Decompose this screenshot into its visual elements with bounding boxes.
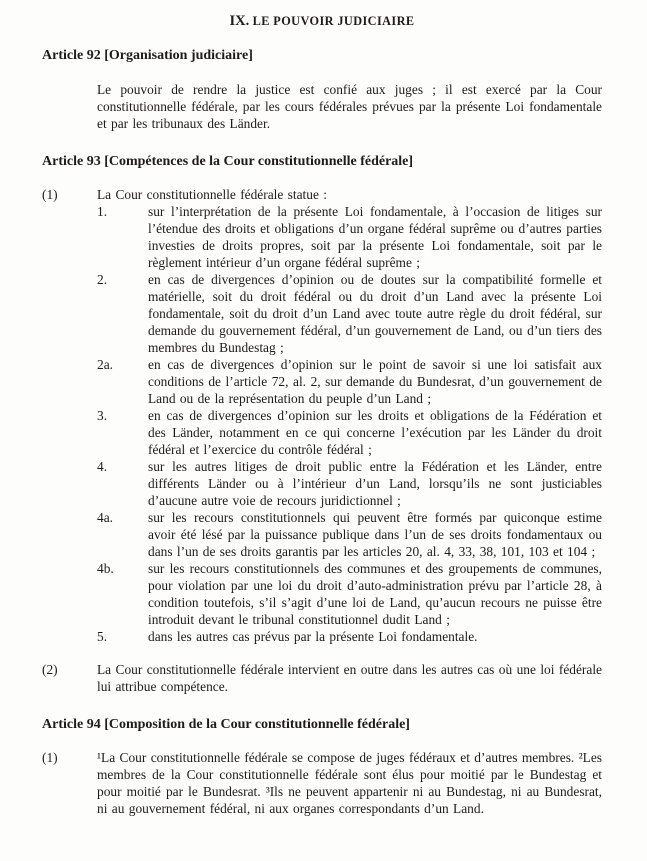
item-text: sur l’interprétation de la présente Loi …	[148, 203, 602, 271]
section-title: LE POUVOIR JUDICIAIRE	[253, 14, 415, 28]
item-text: en cas de divergences d’opinion ou de do…	[148, 271, 602, 356]
item-text: sur les recours constitutionnels qui peu…	[148, 509, 602, 560]
item-text: en cas de divergences d’opinion sur le p…	[148, 356, 602, 407]
article-94-clause-1: (1) ¹La Cour constitutionnelle fédérale …	[42, 749, 602, 817]
list-item-1: 1. sur l’interprétation de la présente L…	[97, 203, 602, 271]
item-number: 5.	[97, 628, 148, 645]
item-number: 1.	[97, 203, 148, 271]
item-number: 4a.	[97, 509, 148, 560]
item-number: 3.	[97, 407, 148, 458]
clause-body: La Cour constitutionnelle fédérale inter…	[97, 661, 602, 695]
clause-body: ¹La Cour constitutionnelle fédérale se c…	[97, 749, 602, 817]
clause-number: (1)	[42, 186, 97, 645]
item-number: 2.	[97, 271, 148, 356]
section-number: IX.	[230, 13, 250, 29]
list-item-2a: 2a. en cas de divergences d’opinion sur …	[97, 356, 602, 407]
item-text: sur les autres litiges de droit public e…	[148, 458, 602, 509]
article-94-heading: Article 94 [Composition de la Cour const…	[42, 716, 602, 733]
clause-text: La Cour constitutionnelle fédérale statu…	[97, 186, 602, 203]
list-item-4a: 4a. sur les recours constitutionnels qui…	[97, 509, 602, 560]
article-92-paragraph: Le pouvoir de rendre la justice est conf…	[97, 81, 602, 132]
item-number: 2a.	[97, 356, 148, 407]
list-item-4b: 4b. sur les recours constitutionnels des…	[97, 560, 602, 628]
list-item-5: 5. dans les autres cas prévus par la pré…	[97, 628, 602, 645]
article-93-clause-1: (1) La Cour constitutionnelle fédérale s…	[42, 186, 602, 645]
item-text: en cas de divergences d’opinion sur les …	[148, 407, 602, 458]
section-heading: IX. LE POUVOIR JUDICIAIRE	[42, 12, 602, 30]
clause-number: (1)	[42, 749, 97, 817]
item-text: sur les recours constitutionnels des com…	[148, 560, 602, 628]
clause-number: (2)	[42, 661, 97, 695]
list-item-3: 3. en cas de divergences d’opinion sur l…	[97, 407, 602, 458]
clause-text: La Cour constitutionnelle fédérale inter…	[97, 661, 602, 695]
item-number: 4b.	[97, 560, 148, 628]
article-93-clause-2: (2) La Cour constitutionnelle fédérale i…	[42, 661, 602, 695]
clause-text: ¹La Cour constitutionnelle fédérale se c…	[97, 749, 602, 817]
item-number: 4.	[97, 458, 148, 509]
list-item-4: 4. sur les autres litiges de droit publi…	[97, 458, 602, 509]
article-93-heading: Article 93 [Compétences de la Cour const…	[42, 153, 602, 170]
article-92-heading: Article 92 [Organisation judiciaire]	[42, 47, 602, 64]
item-text: dans les autres cas prévus par la présen…	[148, 628, 602, 645]
document-page: IX. LE POUVOIR JUDICIAIRE Article 92 [Or…	[0, 0, 647, 861]
list-item-2: 2. en cas de divergences d’opinion ou de…	[97, 271, 602, 356]
clause-body: La Cour constitutionnelle fédérale statu…	[97, 186, 602, 645]
